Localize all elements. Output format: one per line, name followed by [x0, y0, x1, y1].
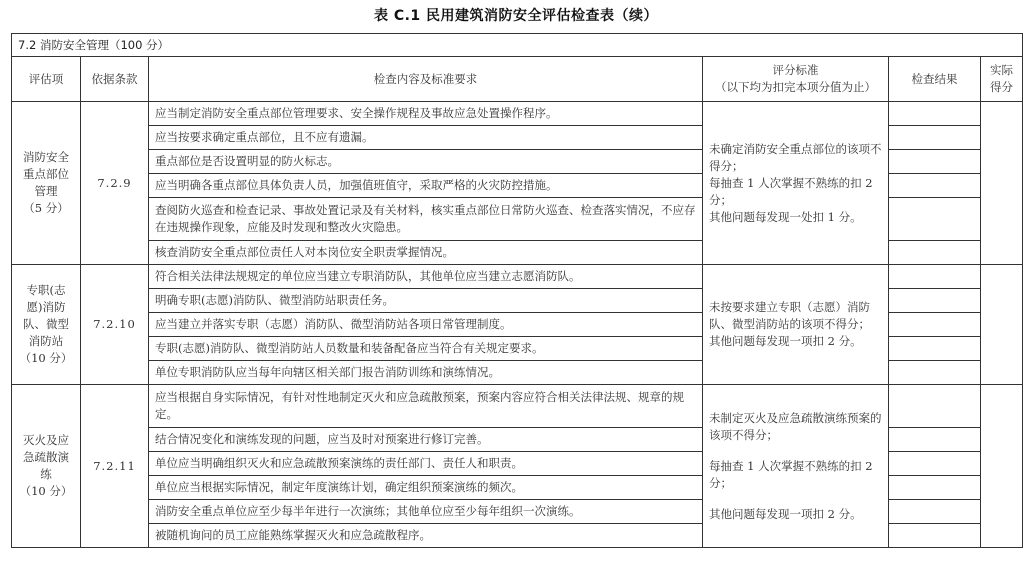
- score-input-cell[interactable]: [981, 102, 1023, 265]
- col-header-content: 检查内容及标准要求: [149, 57, 703, 102]
- column-header-row: 评估项 依据条款 检查内容及标准要求 评分标准 （以下均为扣完本项分值为止） 检…: [12, 57, 1023, 102]
- result-input-cell[interactable]: [889, 126, 981, 150]
- item-line: 愿)消防: [18, 299, 74, 316]
- item-line: 队、微型: [18, 316, 74, 333]
- content-cell: 重点部位是否设置明显的防火标志。: [149, 150, 703, 174]
- content-cell: 消防安全重点单位应至少每半年进行一次演练；其他单位应至少每年组织一次演练。: [149, 500, 703, 524]
- score-header-line1: 实际: [987, 62, 1016, 79]
- result-input-cell[interactable]: [889, 476, 981, 500]
- result-input-cell[interactable]: [889, 524, 981, 548]
- item-line: （10 分）: [18, 350, 74, 367]
- content-cell: 明确专职(志愿)消防队、微型消防站职责任务。: [149, 289, 703, 313]
- section-header-row: 7.2 消防安全管理（100 分）: [12, 34, 1023, 57]
- assessment-item: 灭火及应 急疏散演 练 （10 分）: [12, 385, 81, 548]
- result-input-cell[interactable]: [889, 198, 981, 241]
- item-line: 急疏散演: [18, 449, 74, 466]
- col-header-criteria: 评分标准 （以下均为扣完本项分值为止）: [703, 57, 889, 102]
- item-line: 练: [18, 466, 74, 483]
- content-cell: 单位专职消防队应当每年向辖区相关部门报告消防训练和演练情况。: [149, 361, 703, 385]
- content-cell: 结合情况变化和演练发现的问题，应当及时对预案进行修订完善。: [149, 428, 703, 452]
- content-cell: 核查消防安全重点部位责任人对本岗位安全职责掌握情况。: [149, 241, 703, 265]
- result-input-cell[interactable]: [889, 102, 981, 126]
- result-input-cell[interactable]: [889, 361, 981, 385]
- scoring-criteria: 未按要求建立专职（志愿）消防队、微型消防站的该项不得分； 其他问题每发现一项扣 …: [703, 265, 889, 385]
- content-cell: 单位应当根据实际情况，制定年度演练计划，确定组织预案演练的频次。: [149, 476, 703, 500]
- criteria-line: 未确定消防安全重点部位的该项不得分；: [709, 141, 882, 175]
- content-cell: 符合相关法律法规规定的单位应当建立专职消防队，其他单位应当建立志愿消防队。: [149, 265, 703, 289]
- result-input-cell[interactable]: [889, 385, 981, 428]
- result-input-cell[interactable]: [889, 313, 981, 337]
- col-header-item: 评估项: [12, 57, 81, 102]
- item-line: 灭火及应: [18, 432, 74, 449]
- score-header-line2: 得分: [987, 79, 1016, 96]
- assessment-item: 专职(志 愿)消防 队、微型 消防站 （10 分）: [12, 265, 81, 385]
- col-header-score: 实际 得分: [981, 57, 1023, 102]
- criteria-header-line2: （以下均为扣完本项分值为止）: [709, 79, 882, 96]
- criteria-line: 未按要求建立专职（志愿）消防队、微型消防站的该项不得分；: [709, 299, 882, 333]
- result-input-cell[interactable]: [889, 500, 981, 524]
- item-line: 专职(志: [18, 282, 74, 299]
- score-input-cell[interactable]: [981, 265, 1023, 385]
- col-header-clause: 依据条款: [81, 57, 149, 102]
- table-row: 消防安全 重点部位 管理 （5 分） 7.2.9 应当制定消防安全重点部位管理要…: [12, 102, 1023, 126]
- criteria-line: 未制定灭火及应急疏散演练预案的该项不得分；: [709, 410, 882, 444]
- assessment-table: 7.2 消防安全管理（100 分） 评估项 依据条款 检查内容及标准要求 评分标…: [11, 33, 1023, 548]
- table-row: 灭火及应 急疏散演 练 （10 分） 7.2.11 应当根据自身实际情况，有针对…: [12, 385, 1023, 428]
- result-input-cell[interactable]: [889, 150, 981, 174]
- result-input-cell[interactable]: [889, 452, 981, 476]
- criteria-line: 其他问题每发现一项扣 2 分。: [709, 333, 882, 350]
- content-cell: 应当按要求确定重点部位，且不应有遗漏。: [149, 126, 703, 150]
- spacer: [709, 492, 882, 506]
- item-line: 消防站: [18, 333, 74, 350]
- result-input-cell[interactable]: [889, 289, 981, 313]
- content-cell: 专职(志愿)消防队、微型消防站人员数量和装备配备应当符合有关规定要求。: [149, 337, 703, 361]
- score-input-cell[interactable]: [981, 385, 1023, 548]
- content-cell: 被随机询问的员工应能熟练掌握灭火和应急疏散程序。: [149, 524, 703, 548]
- clause-number: 7.2.10: [81, 265, 149, 385]
- content-cell: 应当明确各重点部位具体负责人员，加强值班值守，采取严格的火灾防控措施。: [149, 174, 703, 198]
- table-row: 专职(志 愿)消防 队、微型 消防站 （10 分） 7.2.10 符合相关法律法…: [12, 265, 1023, 289]
- content-cell: 查阅防火巡查和检查记录、事故处置记录及有关材料，核实重点部位日常防火巡查、检查落…: [149, 198, 703, 241]
- content-cell: 应当制定消防安全重点部位管理要求、安全操作规程及事故应急处置操作程序。: [149, 102, 703, 126]
- spacer: [709, 444, 882, 458]
- assessment-item: 消防安全 重点部位 管理 （5 分）: [12, 102, 81, 265]
- criteria-line: 其他问题每发现一处扣 1 分。: [709, 209, 882, 226]
- criteria-header-line1: 评分标准: [709, 62, 882, 79]
- col-header-result: 检查结果: [889, 57, 981, 102]
- item-line: 重点部位: [18, 166, 74, 183]
- item-line: 消防安全: [18, 149, 74, 166]
- scoring-criteria: 未确定消防安全重点部位的该项不得分； 每抽查 1 人次掌握不熟练的扣 2 分； …: [703, 102, 889, 265]
- clause-number: 7.2.9: [81, 102, 149, 265]
- result-input-cell[interactable]: [889, 241, 981, 265]
- item-line: （10 分）: [18, 483, 74, 500]
- result-input-cell[interactable]: [889, 174, 981, 198]
- section-title: 7.2 消防安全管理（100 分）: [12, 34, 1023, 57]
- document-title: 表 C.1 民用建筑消防安全评估检查表（续）: [0, 5, 1032, 25]
- criteria-line: 每抽查 1 人次掌握不熟练的扣 2 分；: [709, 458, 882, 492]
- clause-number: 7.2.11: [81, 385, 149, 548]
- item-line: （5 分）: [18, 200, 74, 217]
- content-cell: 单位应当明确组织灭火和应急疏散预案演练的责任部门、责任人和职责。: [149, 452, 703, 476]
- item-line: 管理: [18, 183, 74, 200]
- content-cell: 应当根据自身实际情况，有针对性地制定灭火和应急疏散预案，预案内容应符合相关法律法…: [149, 385, 703, 428]
- result-input-cell[interactable]: [889, 428, 981, 452]
- result-input-cell[interactable]: [889, 265, 981, 289]
- criteria-line: 每抽查 1 人次掌握不熟练的扣 2 分；: [709, 175, 882, 209]
- result-input-cell[interactable]: [889, 337, 981, 361]
- criteria-line: 其他问题每发现一项扣 2 分。: [709, 506, 882, 523]
- scoring-criteria: 未制定灭火及应急疏散演练预案的该项不得分； 每抽查 1 人次掌握不熟练的扣 2 …: [703, 385, 889, 548]
- content-cell: 应当建立并落实专职（志愿）消防队、微型消防站各项日常管理制度。: [149, 313, 703, 337]
